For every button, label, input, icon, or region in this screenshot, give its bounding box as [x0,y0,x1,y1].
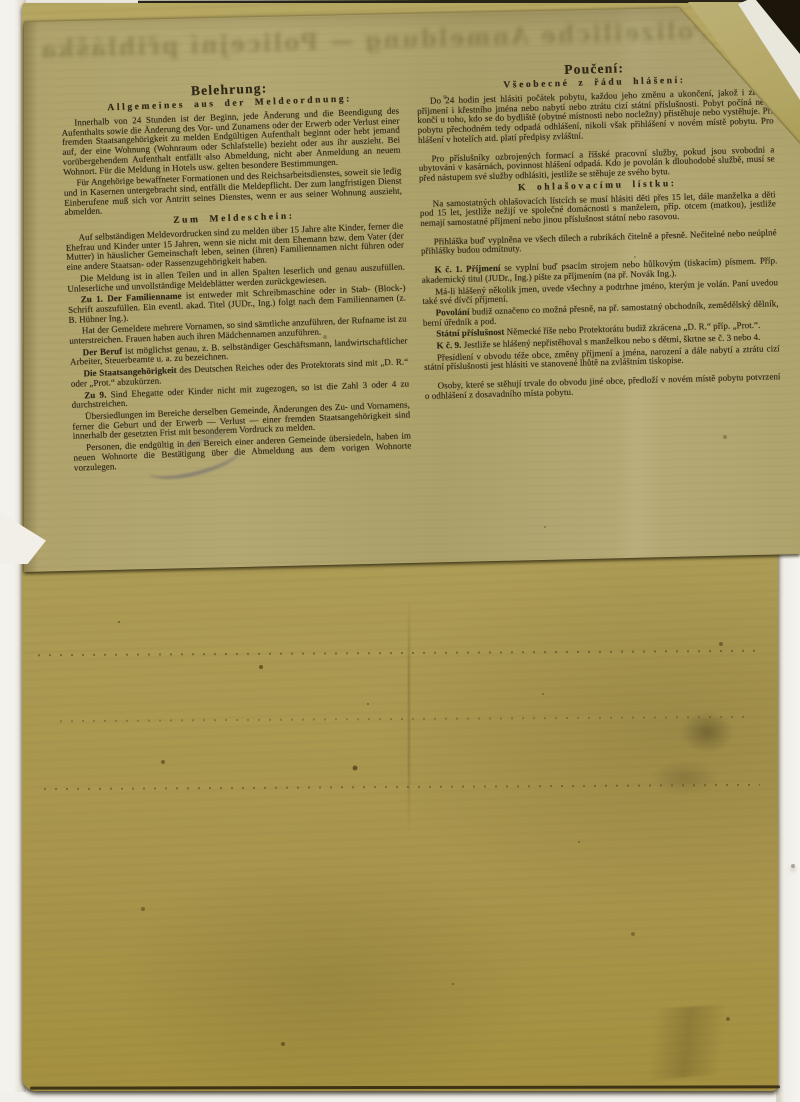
paragraph: Přihláška buď vyplněna ve všech dílech a… [421,228,777,257]
instruction-sheet: Polizeiliche Anmeldung — Policejní přihl… [24,6,800,576]
czech-column: Poučení: Všeobecné z řádu hlášení: Do 24… [416,56,781,403]
paragraph: Innerhalb von 24 Stunden ist der Beginn,… [61,107,401,178]
instruction-sheet-wrap: Polizeiliche Anmeldung — Policejní přihl… [0,0,800,1102]
paragraph: Do 24 hodin jest hlásiti počátek pobytu,… [417,87,774,145]
paragraph: Na samostatných ohlašovacích lístcích se… [420,190,777,229]
scanned-document: Polizeiliche Anmeldung — Policejní přihl… [0,0,800,1102]
paper-specks [24,6,26,8]
paragraph: Osoby, které se stěhují trvale do obvodu… [425,372,781,401]
german-column: Belehrung: Allgemeines aus der Meldeordn… [60,76,412,475]
